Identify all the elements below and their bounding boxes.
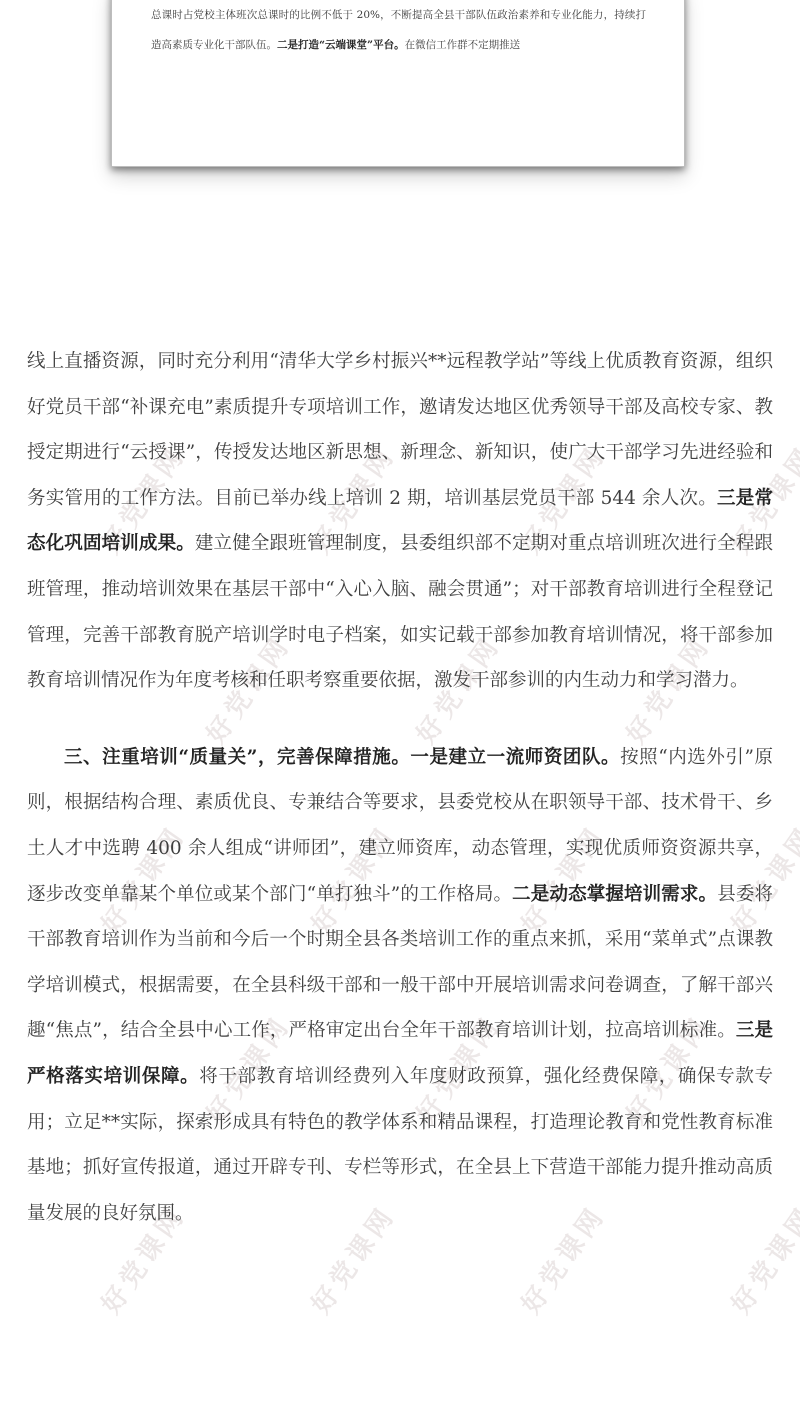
text-run: 二是打造“云端课堂”平台。 [277,39,405,51]
text-run: 二是动态掌握培训需求。 [512,884,717,905]
document-page-preview: 总课时占党校主体班次总课时的比例不低于 20%，不断提高全县干部队伍政治素养和专… [111,0,685,167]
text-run: 按照“内选外引”原则，根据结构合理、素质优良、专兼结合等要求，县委党校从在职领导… [27,747,773,905]
text-run: 线上直播资源，同时充分利用“清华大学乡村振兴**远程教学站”等线上优质教育资源，… [27,351,773,509]
document-text: 线上直播资源，同时充分利用“清华大学乡村振兴**远程教学站”等线上优质教育资源，… [27,339,773,1236]
text-run: 在微信工作群不定期推送 [405,39,521,51]
text-run: 三、注重培训“质量关”，完善保障措施。一是建立一流师资团队。 [64,747,620,768]
text-run: 将干部教育培训经费列入年度财政预算，强化经费保障，确保专款专用；立足**实际，探… [27,1066,773,1224]
page: 好党课网好党课网好党课网好党课网好党课网好党课网好党课网好党课网好党课网好党课网… [0,0,800,1417]
text-run: 建立健全跟班管理制度，县委组织部不定期对重点培训班次进行全程跟班管理，推动培训效… [27,533,773,691]
preview-page-text: 总课时占党校主体班次总课时的比例不低于 20%，不断提高全县干部队伍政治素养和专… [151,0,646,60]
text-run: 县委将干部教育培训作为当前和今后一个时期全县各类培训工作的重点来抓，采用“菜单式… [27,884,773,1042]
paragraph: 三、注重培训“质量关”，完善保障措施。一是建立一流师资团队。按照“内选外引”原则… [27,735,773,1237]
paragraph: 线上直播资源，同时充分利用“清华大学乡村振兴**远程教学站”等线上优质教育资源，… [27,339,773,704]
